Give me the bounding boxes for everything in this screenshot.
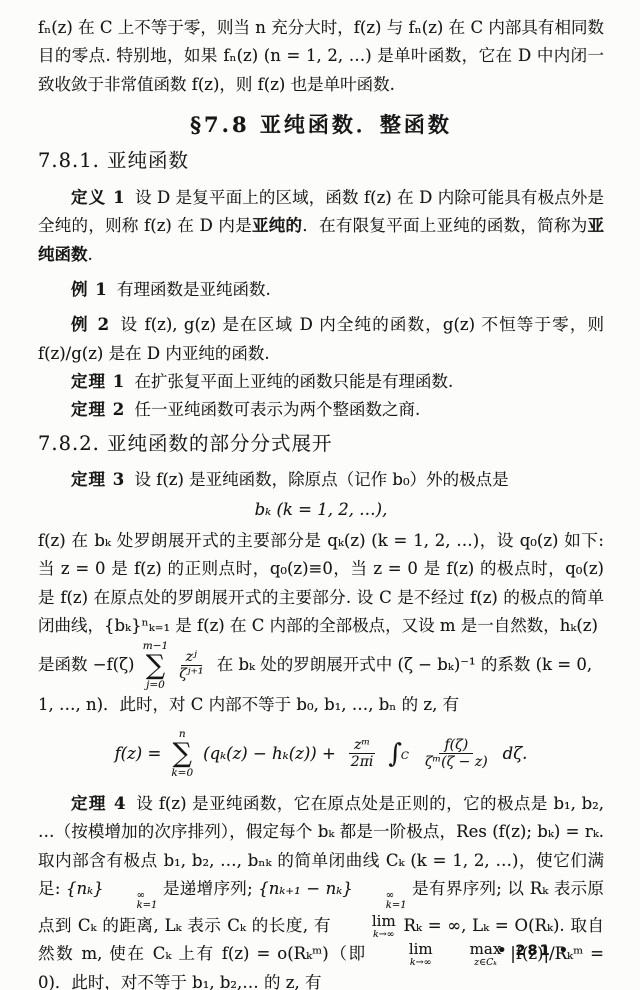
contour-integral: ∫C [388,741,410,767]
coefficient-fraction: zᵐ2πi [346,737,379,772]
example-2-label: 例 2 [71,315,119,334]
sequence-nk: {nₖ} [66,879,104,898]
sum-line-pre: 是函数 −f(ζ) [38,655,135,674]
sigma-sum-symbol: ∑ [173,740,192,767]
subsection-title-782: 7.8.2. 亚纯函数的部分分式展开 [38,431,604,456]
main-sum-operator: n∑k=0 [171,728,193,779]
definition-1-paragraph: 定义 1设 D 是复平面上的区域，函数 f(z) 在 D 内除可能具有极点外是全… [38,184,604,269]
equation-lhs: f(z) = [115,740,162,768]
section-title: §7.8 亚纯函数．整函数 [38,111,604,138]
definition-1-text-2: ．在有限复平面上亚纯的函数，简称为 [302,216,587,235]
coefficient-numerator: zᵐ [349,737,375,755]
limit-word: lim [339,914,396,929]
theorem-2-text: 任一亚纯函数可表示为两个整函数之商. [134,400,420,419]
integral-symbol: ∫ [388,741,402,767]
sequence-nk-sub: k=1 [104,901,158,912]
integrand-fraction: f(ζ)ζᵐ(ζ − z) [420,737,493,772]
theorem-3-label: 定理 3 [71,470,134,489]
theorem-3-text-2: f(z) 在 bₖ 处罗朗展开式的主要部分是 qₖ(z) (k = 1, 2, … [38,527,604,641]
theorem-3-text: 设 f(z) 是亚纯函数，除原点（记作 b₀）外的极点是 [134,470,508,489]
integrand-numerator: f(ζ) [439,737,473,755]
sum-fraction-numerator: zʲ [181,649,202,667]
main-sum-lower-limit: k=0 [171,767,193,779]
theorem-2-paragraph: 定理 2任一亚纯函数可表示为两个整函数之商. [38,396,604,424]
limit-subscript: k→∞ [340,930,395,940]
theorem-4-label: 定理 4 [71,794,136,813]
sigma-sum-symbol: ∑ [146,652,165,679]
sum-operator: m−1∑j=0 [143,640,168,691]
equation-terms: (qₖ(z) − hₖ(z)) + [203,740,336,768]
book-page: fₙ(z) 在 C 上不等于零，则当 n 充分大时，f(z) 与 fₙ(z) 在… [0,0,640,990]
example-2-paragraph: 例 2设 f(z), g(z) 是在区域 D 内全纯的函数，g(z) 不恒等于零… [38,311,604,368]
limit-word-2: lim [376,942,433,957]
term-meromorphic: 亚纯的 [252,216,302,235]
theorem-1-paragraph: 定理 1在扩张复平面上亚纯的函数只能是有理函数. [38,368,604,396]
sequence-diff-limits: ∞k=1 [353,891,407,912]
max-word: max [437,942,502,957]
intro-paragraph: fₙ(z) 在 C 上不等于零，则当 n 充分大时，f(z) 与 fₙ(z) 在… [38,14,604,99]
example-2-text: 设 f(z), g(z) 是在区域 D 内全纯的函数，g(z) 不恒等于零，则 … [38,315,604,362]
sum-fraction: zʲζʲ⁺¹ [174,649,208,684]
example-1-text: 有理函数是亚纯函数. [117,280,271,299]
theorem-3-text-3: 1, …, n)．此时，对 C 内部不等于 b₀, b₁, …, bₙ 的 z,… [38,691,604,719]
page-number: • 281 • [497,939,570,964]
theorem-1-text: 在扩张复平面上亚纯的函数只能是有理函数. [134,372,453,391]
coefficient-denominator: 2πi [346,754,379,771]
sequence-diff-sub: k=1 [353,901,407,912]
sum-lower-limit: j=0 [146,679,165,691]
limit-operator-2: limk→∞ [376,942,433,968]
limit-operator: limk→∞ [339,914,396,940]
integrand-denominator: ζᵐ(ζ − z) [420,754,493,771]
theorem-2-label: 定理 2 [71,400,134,419]
equation-partial-fraction: f(z) = n∑k=0 (qₖ(z) − hₖ(z)) + zᵐ2πi ∫C … [38,728,604,780]
integral-contour-label: C [401,747,409,765]
sum-line-post: 在 bₖ 处的罗朗展开式中 (ζ − bₖ)⁻¹ 的系数 (k = 0, [217,655,592,674]
example-1-paragraph: 例 1有理函数是亚纯函数. [38,276,604,304]
example-1-label: 例 1 [71,280,117,299]
max-subscript: z∈Cₖ [441,958,497,968]
theorem-3-paragraph: 定理 3设 f(z) 是亚纯函数，除原点（记作 b₀）外的极点是 [38,466,604,494]
max-operator: maxz∈Cₖ [437,942,502,968]
sequence-diff: {nₖ₊₁ − nₖ} [258,879,353,898]
limit-subscript-2: k→∞ [377,958,432,968]
sequence-nk-limits: ∞k=1 [104,891,158,912]
definition-1-label: 定义 1 [71,188,135,207]
theorem-1-label: 定理 1 [71,372,134,391]
equation-poles: bₖ (k = 1, 2, …), [38,496,604,524]
theorem-3-sum-line: 是函数 −f(ζ) m−1∑j=0zʲζʲ⁺¹ 在 bₖ 处的罗朗展开式中 (ζ… [38,640,604,691]
subsection-title-781: 7.8.1. 亚纯函数 [38,148,604,173]
sum-fraction-denominator: ζʲ⁺¹ [174,666,208,683]
theorem-4-text-2: 是递增序列; [157,879,258,898]
definition-1-text-3: . [88,245,93,264]
equation-differential: dζ. [503,740,528,768]
